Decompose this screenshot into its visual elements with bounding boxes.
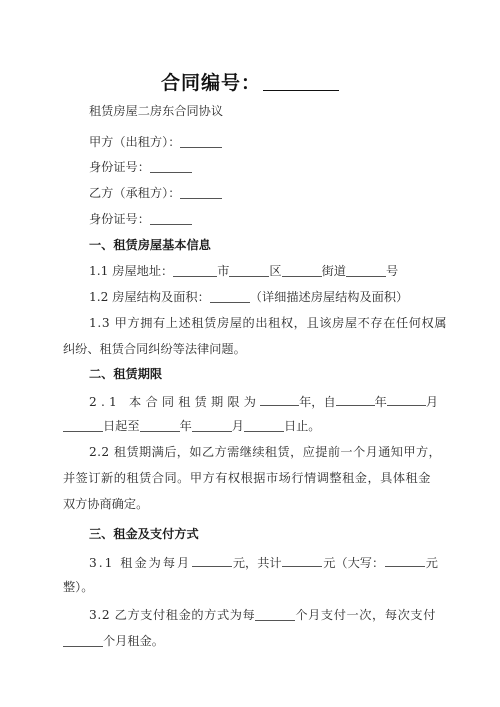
party-a-id-blank[interactable] bbox=[150, 159, 192, 173]
clause-1-2: 1.2 房屋结构及面积：（详细描述房屋结构及面积） bbox=[89, 289, 438, 305]
contract-page: 合同编号： 租赁房屋二房东合同协议 甲方（出租方）： 身份证号： 乙方（承租方）… bbox=[0, 0, 500, 707]
address-district-blank[interactable] bbox=[229, 263, 269, 277]
total-rent-blank[interactable] bbox=[282, 553, 322, 567]
lease-years-blank[interactable] bbox=[260, 392, 299, 406]
section-2-heading: 二、租赁期限 bbox=[89, 366, 438, 382]
party-b-id-blank[interactable] bbox=[150, 211, 192, 225]
contract-number-title: 合同编号： bbox=[0, 68, 500, 95]
agreement-subtitle: 租赁房屋二房东合同协议 bbox=[89, 103, 438, 119]
end-day-blank[interactable] bbox=[244, 418, 284, 432]
clause-3-1-line-1: 3.1 租金为每月 元，共计 元（大写： 元 bbox=[89, 553, 438, 571]
clause-1-3-line-2: 纠纷、租赁合同纠纷等法律问题。 bbox=[63, 341, 438, 357]
party-b-field: 乙方（承租方）： bbox=[89, 185, 438, 201]
start-year-blank[interactable] bbox=[336, 392, 375, 406]
start-day-blank[interactable] bbox=[63, 418, 103, 432]
months-per-payment-blank[interactable] bbox=[63, 633, 103, 647]
clause-3-2-line-1: 3.2 乙方支付租金的方式为每个月支付一次，每次支付 bbox=[89, 607, 438, 623]
section-1-heading: 一、租赁房屋基本信息 bbox=[89, 237, 438, 253]
party-a-blank[interactable] bbox=[180, 134, 222, 148]
end-month-blank[interactable] bbox=[192, 418, 232, 432]
payment-interval-blank[interactable] bbox=[255, 607, 295, 621]
clause-1-3-line-1: 1.3 甲方拥有上述租赁房屋的出租权，且该房屋不存在任何权属 bbox=[89, 315, 438, 331]
clause-3-2-line-2: 个月租金。 bbox=[63, 633, 438, 649]
address-number-blank[interactable] bbox=[346, 263, 386, 277]
address-city-blank[interactable] bbox=[173, 263, 217, 277]
party-a-id-field: 身份证号： bbox=[89, 159, 438, 175]
start-month-blank[interactable] bbox=[387, 392, 426, 406]
party-b-blank[interactable] bbox=[180, 185, 222, 199]
contract-number-label: 合同编号： bbox=[161, 72, 261, 94]
party-b-id-field: 身份证号： bbox=[89, 211, 438, 227]
end-year-blank[interactable] bbox=[140, 418, 180, 432]
total-rent-uppercase-blank[interactable] bbox=[385, 553, 425, 567]
clause-2-1-line-1: 2.1 本合同租赁期限为 年，自 年 月 bbox=[89, 392, 438, 410]
clause-2-1-line-2: 日起至年月日止。 bbox=[63, 418, 438, 434]
clause-2-2-line-2: 并签订新的租赁合同。甲方有权根据市场行情调整租金，具体租金 bbox=[63, 470, 438, 486]
clause-2-2-line-3: 双方协商确定。 bbox=[63, 496, 438, 512]
monthly-rent-blank[interactable] bbox=[192, 553, 232, 567]
structure-area-blank[interactable] bbox=[210, 289, 250, 303]
section-3-heading: 三、租金及支付方式 bbox=[89, 526, 438, 542]
address-street-blank[interactable] bbox=[282, 263, 322, 277]
party-a-field: 甲方（出租方）： bbox=[89, 134, 438, 150]
clause-3-1-line-2: 整）。 bbox=[63, 579, 438, 595]
clause-2-2-line-1: 2.2 租赁期满后，如乙方需继续租赁，应提前一个月通知甲方， bbox=[89, 444, 438, 460]
clause-1-1: 1.1 房屋地址：市区街道号 bbox=[89, 263, 438, 279]
contract-number-blank[interactable] bbox=[263, 72, 339, 91]
